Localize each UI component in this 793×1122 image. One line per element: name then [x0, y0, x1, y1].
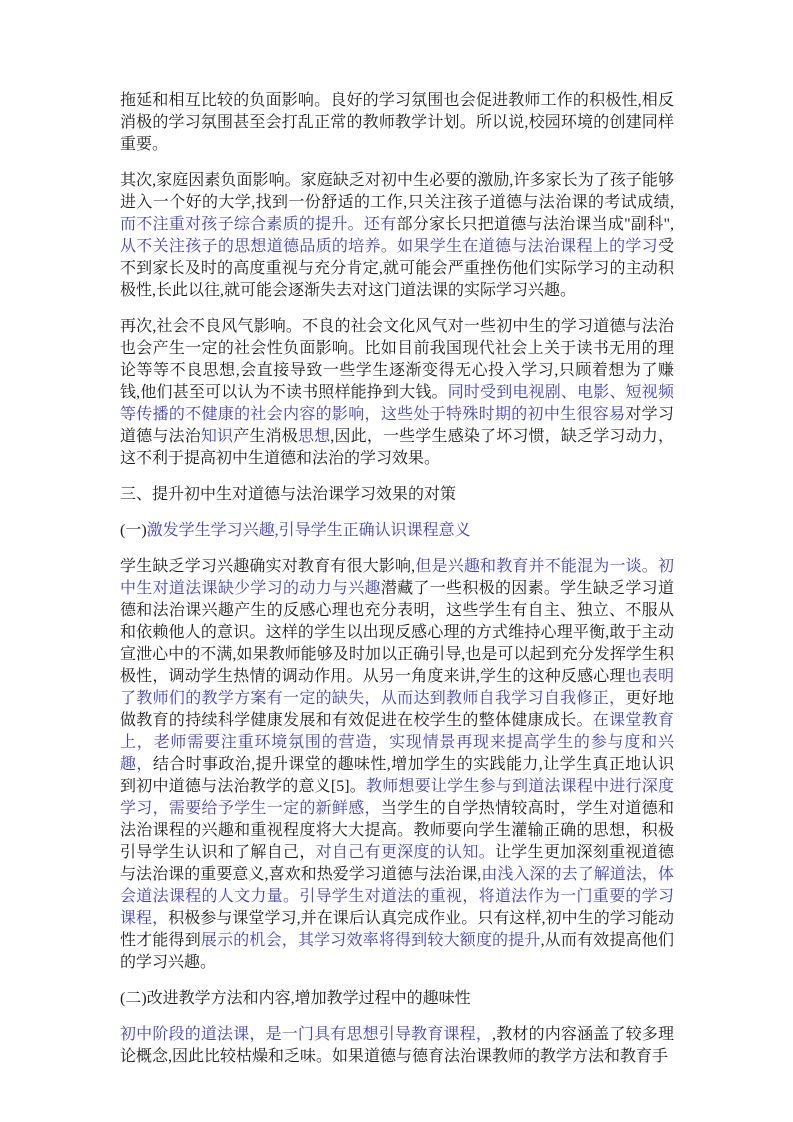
- text-run: (二)改进教学方法和内容,增加教学过程中的趣味性: [120, 990, 471, 1007]
- heading-subsection-two: (二)改进教学方法和内容,增加教学过程中的趣味性: [120, 988, 674, 1010]
- document-body: 拖延和相互比较的负面影响。良好的学习氛围也会促进教师工作的积极性,相反消极的学习…: [120, 90, 674, 1082]
- paragraph-teaching-methods: 初中阶段的道法课，是一门具有思想引导教育课程，,教材的内容涵盖了较多理论概念,因…: [120, 1024, 674, 1068]
- paragraph-family-factors: 其次,家庭因素负面影响。家庭缺乏对初中生必要的激励,许多家长为了孩子能够进入一个…: [120, 170, 674, 302]
- text-run: (一): [120, 522, 147, 539]
- text-run: 产生消极: [233, 428, 298, 445]
- highlighted-text-run: 激发学生学习兴趣,引导学生正确认识课程意义: [147, 522, 471, 539]
- paragraph-social-climate: 再次,社会不良风气影响。不良的社会文化风气对一些初中生的学习道德与法治也会产生一…: [120, 316, 674, 470]
- highlighted-text-run: 展示的机会，其学习效率将得到较大额度的提升: [201, 932, 541, 949]
- highlighted-text-run: 初中阶段的道法课，是一门具有思想引导教育课程，: [120, 1026, 492, 1043]
- text-run: 三、提升初中生对道德与法治课学习效果的对策: [120, 486, 456, 503]
- text-run: 学生缺乏学习兴趣确实对教育有很大影响,: [120, 558, 415, 575]
- paragraph-campus-environment: 拖延和相互比较的负面影响。良好的学习氛围也会促进教师工作的积极性,相反消极的学习…: [120, 90, 674, 156]
- highlighted-text-run: 思想: [298, 428, 330, 445]
- highlighted-text-run: 从不关注孩子的思想道德品质的培养。如果学生在道德与法治课程上的学习: [120, 238, 658, 255]
- document-page: 拖延和相互比较的负面影响。良好的学习氛围也会促进教师工作的积极性,相反消极的学习…: [0, 0, 793, 1122]
- highlighted-text-run: 对自己有更深度的认知。: [316, 844, 495, 861]
- heading-section-three: 三、提升初中生对道德与法治课学习效果的对策: [120, 484, 674, 506]
- highlighted-text-run: 知识: [201, 428, 233, 445]
- highlighted-text-run: 而不注重对孩子综合素质的提升。还有: [120, 216, 396, 233]
- text-run: 其次,家庭因素负面影响。家庭缺乏对初中生必要的激励,许多家长为了孩子能够进入一个…: [120, 172, 674, 211]
- text-run: 拖延和相互比较的负面影响。良好的学习氛围也会促进教师工作的积极性,相反消极的学习…: [120, 92, 674, 153]
- paragraph-interest-strategy: 学生缺乏学习兴趣确实对教育有很大影响,但是兴趣和教育并不能混为一谈。初中生对道法…: [120, 556, 674, 974]
- text-run: 部分家长只把道德与法治课当成"副科",: [396, 216, 674, 233]
- heading-subsection-one: (一)激发学生学习兴趣,引导学生正确认识课程意义: [120, 520, 674, 542]
